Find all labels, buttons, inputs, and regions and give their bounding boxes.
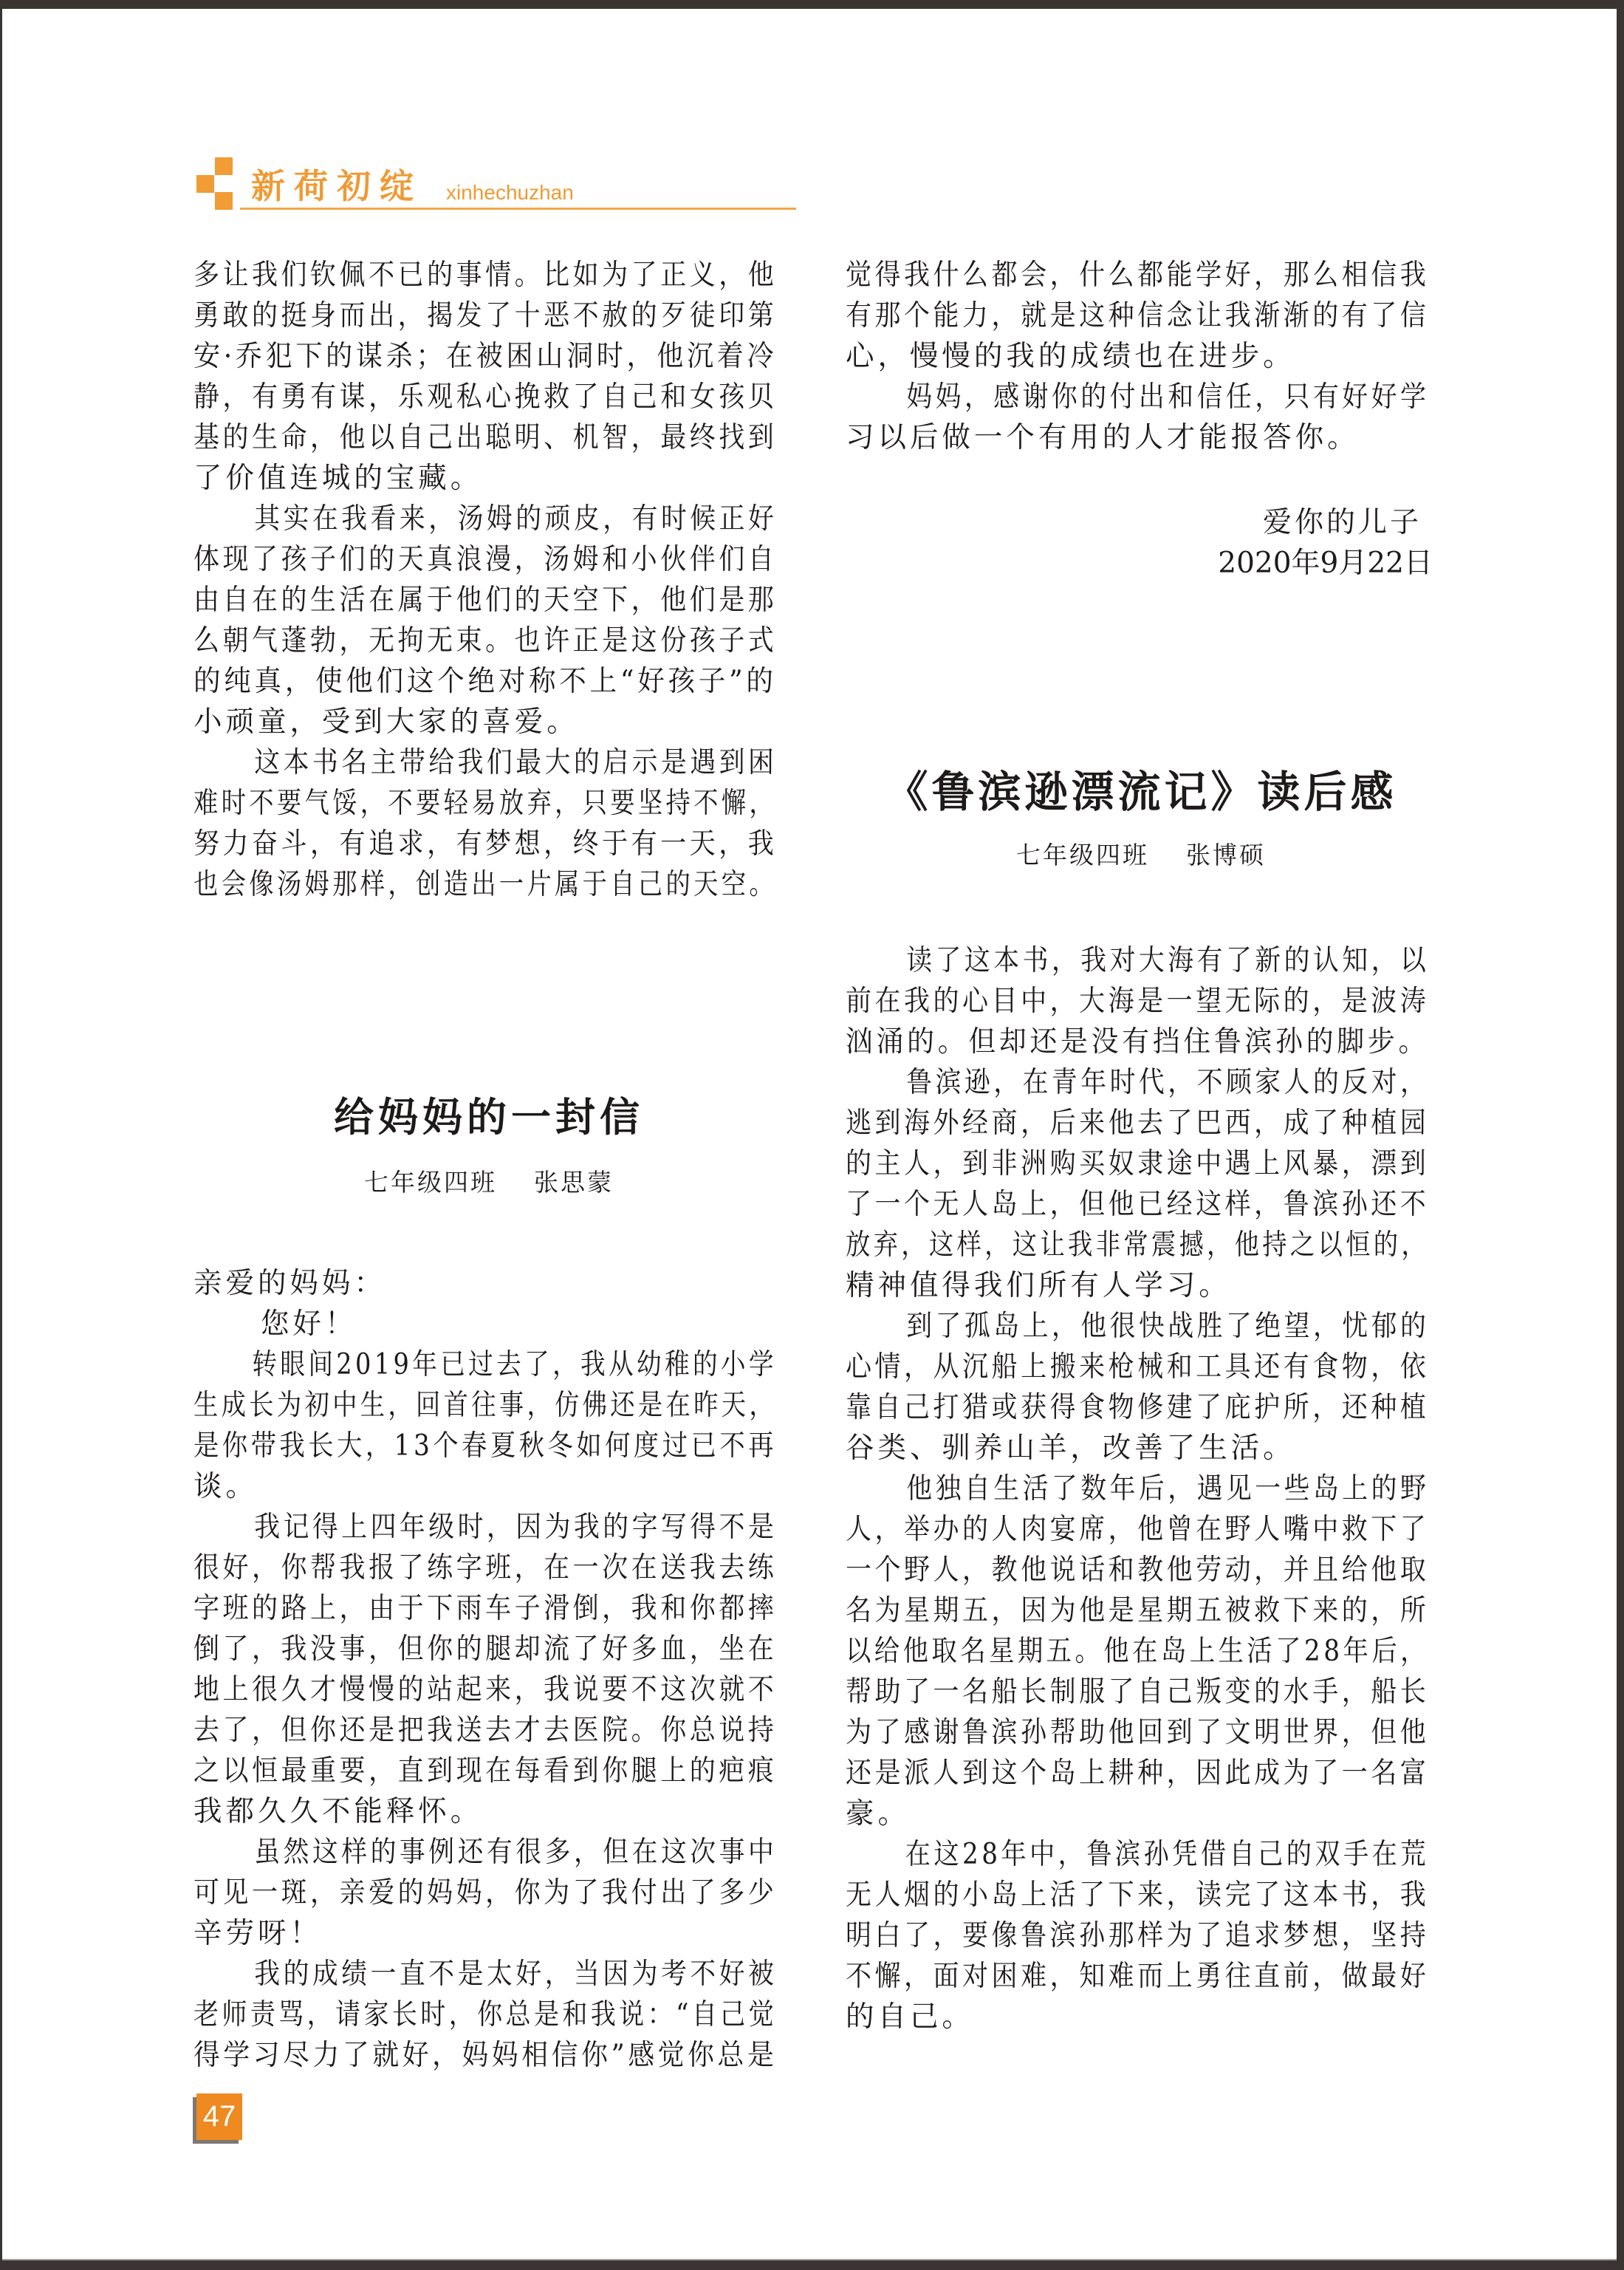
text-line: 安·乔犯下的谋杀；在被困山洞时，他沉着冷	[193, 336, 741, 377]
text-line: 妈妈，感谢你的付出和信任，只有好好学	[846, 377, 1374, 417]
text-line: 可见一斑，亲爱的妈妈，你为了我付出了多少	[193, 1873, 724, 1913]
page-number: 47	[196, 2093, 242, 2140]
text-line: 心，慢慢的我的成绩也在进步。	[846, 336, 1429, 377]
robinson-byline: 七年级四班张博硕	[846, 836, 1436, 871]
text-line: 是你带我长大，13个春夏秋冬如何度过已不再	[193, 1426, 715, 1466]
text-line: 转眼间2019年已过去了，我从幼稚的小学	[193, 1344, 703, 1385]
text-line: 多让我们钦佩不已的事情。比如为了正义，他	[193, 255, 724, 295]
text-line: 静，有勇有谋，乐观私心挽救了自己和女孩贝	[193, 377, 724, 417]
text-line: 靠自己打猎或获得食物修建了庇护所，还种植	[846, 1387, 1376, 1428]
text-line: 基的生命，他以自己出聪明、机智，最终找到	[193, 417, 724, 458]
text-line: 虽然这样的事例还有很多，但在这次事中	[193, 1832, 722, 1873]
text-line: 以给他取名星期五。他在岛上生活了28年后，	[846, 1631, 1367, 1672]
text-line: 也会像汤姆那样，创造出一片属于自己的天空。	[193, 864, 699, 905]
text-line: 倒了，我没事，但你的腿却流了好多血，坐在	[193, 1629, 724, 1669]
text-line: 在这28年中，鲁滨孙凭借自己的双手在荒	[846, 1834, 1364, 1875]
byline-author: 张思蒙	[534, 1168, 614, 1197]
text-line: 名为星期五，因为他是星期五被救下来的，所	[846, 1590, 1376, 1631]
text-line: 勇敢的挺身而出，揭发了十恶不赦的歹徒印第	[193, 295, 724, 336]
text-line: 他独自生活了数年后，遇见一些岛上的野	[846, 1469, 1374, 1509]
text-line: 放弃，这样，这让我非常震撼，他持之以恒的，	[846, 1225, 1351, 1265]
text-line: 豪。	[846, 1794, 1429, 1834]
text-line: 还是派人到这个岛上耕种，因此成为了一名富	[846, 1753, 1376, 1794]
text-line: 精神值得我们所有人学习。	[846, 1265, 1429, 1306]
section-title-pinyin: xinhechuzhan	[446, 180, 574, 206]
text-line: 汹涌的。但却还是没有挡住鲁滨孙的脚步。	[846, 1022, 1404, 1062]
text-line: 难时不要气馁，不要轻易放弃，只要坚持不懈，	[193, 783, 699, 824]
letter-body-left: 亲爱的妈妈：您好！转眼间2019年已过去了，我从幼稚的小学生成长为初中生，回首往…	[193, 1263, 784, 2076]
text-line: 辛劳呀！	[193, 1913, 777, 1954]
text-line: 这本书名主带给我们最大的启示是遇到困	[193, 742, 722, 783]
text-line: 觉得我什么都会，什么都能学好，那么相信我	[846, 255, 1376, 295]
text-line: 有那个能力，就是这种信念让我渐渐的有了信	[846, 295, 1376, 336]
text-line: 您好！	[193, 1304, 777, 1344]
text-line: 之以恒最重要，直到现在每看到你腿上的疤痕	[193, 1751, 724, 1791]
text-line: 小顽童，受到大家的喜爱。	[193, 702, 777, 742]
letter-date: 2020年9月22日	[846, 543, 1433, 584]
text-line: 逃到海外经商，后来他去了巴西，成了种植园	[846, 1103, 1376, 1143]
text-line: 很好，你帮我报了练字班，在一次在送我去练	[193, 1548, 724, 1588]
text-line: 其实在我看来，汤姆的顽皮，有时候正好	[193, 499, 722, 539]
section-title: 新荷初绽	[251, 164, 422, 208]
text-line: 谈。	[193, 1466, 777, 1507]
letter-body-right: 觉得我什么都会，什么都能学好，那么相信我有那个能力，就是这种信念让我渐渐的有了信…	[846, 255, 1436, 458]
header-rule	[240, 208, 796, 210]
letter-byline: 七年级四班张思蒙	[193, 1163, 784, 1198]
text-line: 字班的路上，由于下雨车子滑倒，我和你都摔	[193, 1588, 724, 1629]
byline-class: 七年级四班	[364, 1168, 497, 1197]
article-continued-body: 多让我们钦佩不已的事情。比如为了正义，他勇敢的挺身而出，揭发了十恶不赦的歹徒印第…	[193, 255, 784, 905]
text-line: 去了，但你还是把我送去才去医院。你总说持	[193, 1710, 724, 1751]
text-line: 一个野人，教他说话和教他劳动，并且给他取	[846, 1550, 1376, 1590]
text-line: 么朝气蓬勃，无拘无束。也许正是这份孩子式	[193, 621, 724, 661]
text-line: 前在我的心目中，大海是一望无际的，是波涛	[846, 981, 1376, 1022]
byline-class: 七年级四班	[1016, 841, 1149, 869]
text-line: 我的成绩一直不是太好，当因为考不好被	[193, 1954, 722, 1994]
text-line: 得学习尽力了就好，妈妈相信你”感觉你总是	[193, 2035, 736, 2076]
text-line: 心情，从沉船上搬来枪械和工具还有食物，依	[846, 1347, 1376, 1387]
text-line: 的纯真，使他们这个绝对称不上“好孩子”的	[193, 661, 747, 702]
text-line: 为了感谢鲁滨孙帮助他回到了文明世界，但他	[846, 1712, 1376, 1753]
text-line: 无人烟的小岛上活了下来，读完了这本书，我	[846, 1875, 1376, 1915]
text-line: 地上很久才慢慢的站起来，我说要不这次就不	[193, 1669, 724, 1710]
text-line: 生成长为初中生，回首往事，仿佛还是在昨天，	[193, 1385, 699, 1426]
text-line: 人，举办的人肉宴席，他曾在野人嘴中救下了	[846, 1509, 1376, 1550]
text-line: 明白了，要像鲁滨孙那样为了追求梦想，坚持	[846, 1915, 1376, 1956]
text-line: 由自在的生活在属于他们的天空下，他们是那	[193, 580, 724, 621]
letter-signature: 爱你的儿子	[846, 502, 1422, 543]
text-line: 谷类、驯养山羊，改善了生活。	[846, 1428, 1429, 1469]
text-line: 帮助了一名船长制服了自己叛变的水手，船长	[846, 1672, 1376, 1712]
letter-title: 给妈妈的一封信	[193, 1086, 784, 1143]
text-line: 习以后做一个有用的人才能报答你。	[846, 417, 1429, 458]
text-line: 体现了孩子们的天真浪漫，汤姆和小伙伴们自	[193, 539, 724, 580]
text-line: 我都久久不能释怀。	[193, 1791, 777, 1832]
robinson-body: 读了这本书，我对大海有了新的认知，以前在我的心目中，大海是一望无际的，是波涛汹涌…	[846, 940, 1436, 2037]
text-line: 的自己。	[846, 1997, 1429, 2037]
page-edge	[2, 2259, 1617, 2260]
text-line: 读了这本书，我对大海有了新的认知，以	[846, 940, 1374, 981]
byline-author: 张博硕	[1186, 841, 1266, 869]
logo-block-icon	[196, 175, 214, 193]
text-line: 亲爱的妈妈：	[193, 1263, 777, 1304]
text-line: 了价值连城的宝藏。	[193, 458, 777, 499]
robinson-title: 《鲁滨逊漂流记》读后感	[846, 757, 1436, 819]
text-line: 努力奋斗，有追求，有梦想，终于有一天，我	[193, 824, 724, 864]
text-line: 我记得上四年级时，因为我的字写得不是	[193, 1507, 722, 1548]
text-line: 到了孤岛上，他很快战胜了绝望，忧郁的	[846, 1306, 1374, 1347]
logo-block-icon	[215, 192, 233, 210]
text-line: 鲁滨逊，在青年时代，不顾家人的反对，	[846, 1062, 1374, 1103]
text-line: 的主人，到非洲购买奴隶途中遇上风暴，漂到	[846, 1143, 1376, 1184]
text-line: 老师责骂，请家长时，你总是和我说：“自己觉	[193, 1994, 709, 2035]
text-line: 了一个无人岛上，但他已经这样，鲁滨孙还不	[846, 1184, 1376, 1225]
text-line: 不懈，面对困难，知难而上勇往直前，做最好	[846, 1956, 1376, 1997]
logo-block-icon	[215, 157, 233, 175]
